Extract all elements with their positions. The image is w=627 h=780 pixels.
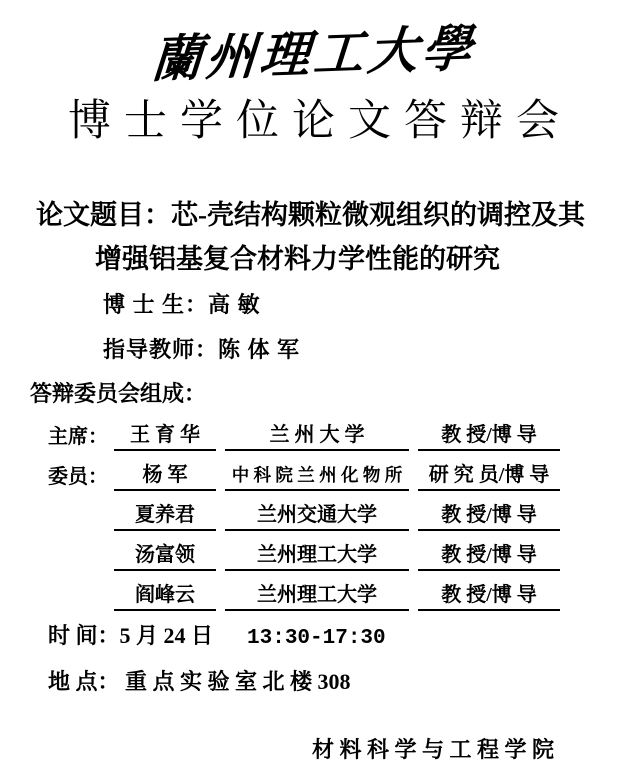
time-value: 13:30-17:30 bbox=[247, 627, 386, 650]
committee-table: 主席： 王 育 华 兰 州 大 学 教 授/博 导 委员： 杨 军 中 科 院 … bbox=[0, 421, 627, 611]
department-signature: 材 料 科 学 与 工 程 学 院 bbox=[312, 735, 627, 765]
committee-member-title: 教 授/博 导 bbox=[418, 501, 560, 531]
committee-member-institution: 兰 州 大 学 bbox=[225, 421, 409, 451]
committee-member-name: 汤富领 bbox=[114, 541, 216, 571]
committee-member-institution: 兰州交通大学 bbox=[225, 501, 409, 531]
university-logo-calligraphy: 蘭州理工大學 bbox=[149, 8, 478, 92]
committee-heading: 答辩委员会组成： bbox=[30, 379, 627, 409]
location-line: 地 点： 重 点 实 验 室 北 楼 308 bbox=[48, 667, 627, 697]
committee-member-title: 研 究 员/博 导 bbox=[418, 461, 560, 491]
committee-member-institution: 兰州理工大学 bbox=[225, 541, 409, 571]
university-logo: 蘭州理工大學 bbox=[0, 12, 627, 88]
committee-row-label: 委员： bbox=[48, 463, 114, 491]
committee-member-title: 教 授/博 导 bbox=[418, 581, 560, 611]
committee-row-member: 汤富领 兰州理工大学 教 授/博 导 bbox=[48, 541, 627, 571]
committee-member-institution: 中 科 院 兰 州 化 物 所 bbox=[225, 461, 409, 491]
thesis-title-line2: 增强铝基复合材料力学性能的研究 bbox=[95, 242, 627, 276]
committee-member-institution: 兰州理工大学 bbox=[225, 581, 409, 611]
committee-member-title: 教 授/博 导 bbox=[418, 421, 560, 451]
defense-announcement-document: 蘭州理工大學 博士学位论文答辩会 论文题目：芯-壳结构颗粒微观组织的调控及其 增… bbox=[0, 0, 627, 780]
committee-member-name: 夏养君 bbox=[114, 501, 216, 531]
committee-member-name: 阎峰云 bbox=[114, 581, 216, 611]
thesis-title-line1: 论文题目：芯-壳结构颗粒微观组织的调控及其 bbox=[36, 198, 627, 232]
committee-row-chair: 主席： 王 育 华 兰 州 大 学 教 授/博 导 bbox=[48, 421, 627, 451]
doctoral-student-line: 博 士 生：高 敏 bbox=[103, 290, 627, 320]
time-line: 时 间：5 月 24 日13:30-17:30 bbox=[48, 621, 627, 654]
committee-row-member: 委员： 杨 军 中 科 院 兰 州 化 物 所 研 究 员/博 导 bbox=[48, 461, 627, 491]
page-title: 博士学位论文答辩会 bbox=[0, 94, 627, 150]
committee-member-name: 王 育 华 bbox=[114, 421, 216, 451]
committee-member-name: 杨 军 bbox=[114, 461, 216, 491]
committee-row-member: 阎峰云 兰州理工大学 教 授/博 导 bbox=[48, 581, 627, 611]
committee-row-label: 主席： bbox=[48, 423, 114, 451]
time-label: 时 间：5 月 24 日 bbox=[48, 623, 213, 648]
advisor-line: 指导教师：陈 体 军 bbox=[103, 335, 627, 365]
committee-row-member: 夏养君 兰州交通大学 教 授/博 导 bbox=[48, 501, 627, 531]
committee-member-title: 教 授/博 导 bbox=[418, 541, 560, 571]
